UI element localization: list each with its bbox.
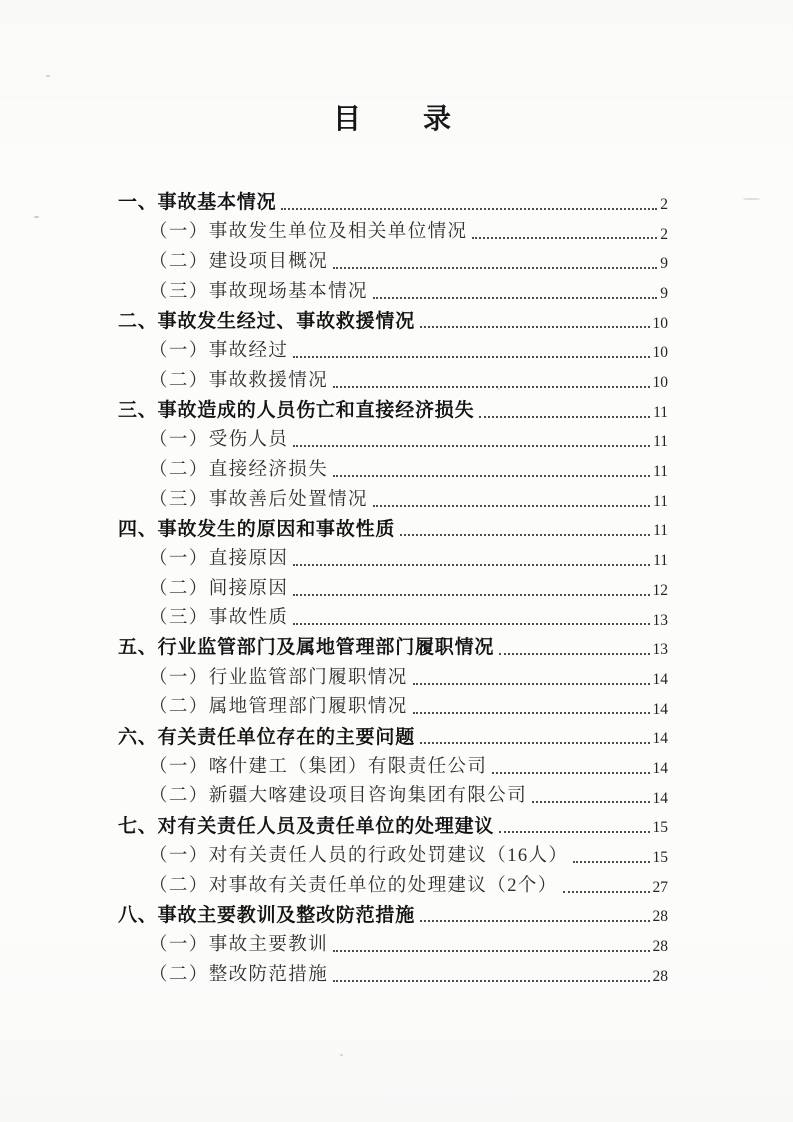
toc-entry-label: （二）新疆大喀建设项目咨询集团有限公司 [149, 787, 527, 807]
dotted-leader [293, 356, 649, 358]
toc-entry: （二）新疆大喀建设项目咨询集团有限公司 14 [118, 778, 668, 808]
scan-speck [34, 216, 39, 218]
dotted-leader [333, 980, 649, 982]
toc-entry-label: （二）直接经济损失 [149, 461, 328, 481]
toc-entry-page-number: 14 [653, 701, 669, 719]
toc-entry: （三）事故现场基本情况 9 [118, 273, 668, 303]
toc-entry-label: （二）建设项目概况 [149, 253, 328, 273]
toc-entry-label: （二）属地管理部门履职情况 [149, 698, 408, 718]
dotted-leader [373, 505, 650, 507]
toc-entry: （一）事故发生单位及相关单位情况 2 [118, 214, 668, 244]
toc-entry-page-number: 11 [653, 463, 668, 481]
toc-entry-label: （三）事故善后处置情况 [149, 491, 368, 511]
dotted-leader [293, 564, 650, 566]
dotted-leader [333, 386, 649, 388]
dotted-leader [373, 297, 657, 299]
table-of-contents: 一、事故基本情况 2 （一）事故发生单位及相关单位情况 2 （二）建设项目概况 … [118, 184, 668, 986]
scan-speck [46, 75, 50, 77]
toc-entry-page-number: 11 [653, 404, 668, 422]
page-title: 目 录 [118, 103, 668, 137]
toc-entry: （一）直接原因 11 [118, 540, 668, 570]
toc-entry-label: 一、事故基本情况 [118, 193, 276, 214]
toc-entry-page-number: 13 [653, 612, 669, 630]
toc-entry-label: 七、对有关责任人员及责任单位的处理建议 [118, 817, 494, 838]
toc-entry-page-number: 13 [653, 641, 669, 659]
toc-entry-page-number: 15 [653, 819, 669, 837]
dotted-leader [281, 208, 657, 210]
toc-entry-page-number: 14 [653, 671, 669, 689]
toc-entry-page-number: 15 [653, 849, 669, 867]
toc-entry-page-number: 10 [653, 344, 669, 362]
toc-entry-page-number: 14 [653, 790, 669, 808]
toc-entry-page-number: 11 [653, 522, 668, 540]
dotted-leader [492, 772, 649, 774]
dotted-leader [333, 267, 657, 269]
toc-entry: （二）间接原因 12 [118, 570, 668, 600]
toc-entry: （三）事故善后处置情况 11 [118, 481, 668, 511]
toc-entry-label: （二）整改防范措施 [149, 966, 328, 986]
toc-entry: 四、事故发生的原因和事故性质 11 [118, 511, 668, 541]
toc-entry: （一）喀什建工（集团）有限责任公司 14 [118, 748, 668, 778]
toc-entry-label: 四、事故发生的原因和事故性质 [118, 520, 395, 541]
toc-entry: （二）属地管理部门履职情况 14 [118, 689, 668, 719]
toc-entry-page-number: 14 [653, 730, 669, 748]
toc-entry-label: （一）受伤人员 [149, 431, 288, 451]
toc-entry: （一）事故经过 10 [118, 332, 668, 362]
toc-entry-label: （一）对有关责任人员的行政处罚建议（16人） [149, 847, 568, 867]
toc-entry: （一）行业监管部门履职情况 14 [118, 659, 668, 689]
toc-entry: （三）事故性质 13 [118, 600, 668, 630]
toc-entry-page-number: 11 [653, 433, 668, 451]
toc-entry-page-number: 10 [653, 315, 669, 333]
toc-entry-page-number: 12 [653, 582, 669, 600]
dotted-leader [293, 445, 650, 447]
toc-entry-page-number: 28 [653, 908, 669, 926]
toc-entry-page-number: 28 [653, 968, 669, 986]
scan-speck [743, 198, 760, 200]
toc-entry-label: （三）事故性质 [149, 609, 288, 629]
toc-entry: （二）直接经济损失 11 [118, 451, 668, 481]
dotted-leader [333, 950, 649, 952]
toc-entry: 二、事故发生经过、事故救援情况 10 [118, 303, 668, 333]
dotted-leader [563, 891, 650, 893]
toc-entry: 一、事故基本情况 2 [118, 184, 668, 214]
scan-speck [340, 1054, 343, 1056]
toc-entry: 七、对有关责任人员及责任单位的处理建议 15 [118, 807, 668, 837]
toc-entry-label: （一）事故主要教训 [149, 936, 328, 956]
toc-entry: （二）建设项目概况 9 [118, 243, 668, 273]
toc-entry-page-number: 2 [660, 226, 668, 244]
toc-entry-label: （一）事故发生单位及相关单位情况 [149, 223, 467, 243]
dotted-leader [293, 594, 649, 596]
toc-entry-label: （一）直接原因 [149, 550, 288, 570]
toc-entry-label: （一）行业监管部门履职情况 [149, 669, 408, 689]
dotted-leader [413, 712, 650, 714]
toc-entry-label: （一）喀什建工（集团）有限责任公司 [149, 758, 487, 778]
dotted-leader [413, 683, 650, 685]
toc-entry-page-number: 11 [653, 493, 668, 511]
toc-entry-label: 八、事故主要教训及整改防范措施 [118, 906, 415, 927]
toc-entry: （一）对有关责任人员的行政处罚建议（16人） 15 [118, 837, 668, 867]
dotted-leader [532, 801, 649, 803]
toc-entry: （一）事故主要教训 28 [118, 926, 668, 956]
dotted-leader [573, 861, 649, 863]
toc-entry-label: 六、有关责任单位存在的主要问题 [118, 728, 415, 749]
dotted-leader [333, 475, 650, 477]
toc-entry-page-number: 10 [653, 374, 669, 392]
toc-entry-page-number: 2 [660, 196, 668, 214]
toc-entry-page-number: 9 [660, 285, 668, 303]
dotted-leader [499, 831, 649, 833]
toc-entry-label: 二、事故发生经过、事故救援情况 [118, 312, 415, 333]
toc-entry: （二）对事故有关责任单位的处理建议（2个） 27 [118, 867, 668, 897]
toc-entry-label: （三）事故现场基本情况 [149, 283, 368, 303]
toc-entry-label: （二）事故救援情况 [149, 372, 328, 392]
toc-entry: 六、有关责任单位存在的主要问题 14 [118, 718, 668, 748]
dotted-leader [472, 237, 657, 239]
toc-entry-page-number: 9 [660, 255, 668, 273]
toc-entry: 五、行业监管部门及属地管理部门履职情况 13 [118, 629, 668, 659]
dotted-leader [479, 416, 650, 418]
toc-entry: 三、事故造成的人员伤亡和直接经济损失 11 [118, 392, 668, 422]
toc-entry-page-number: 14 [653, 760, 669, 778]
toc-entry: （二）事故救援情况 10 [118, 362, 668, 392]
toc-entry-page-number: 27 [653, 879, 669, 897]
toc-entry-label: （二）间接原因 [149, 580, 288, 600]
toc-entry: （一）受伤人员 11 [118, 422, 668, 452]
toc-entry-page-number: 28 [653, 938, 669, 956]
toc-entry: 八、事故主要教训及整改防范措施 28 [118, 897, 668, 927]
toc-entry-label: 三、事故造成的人员伤亡和直接经济损失 [118, 401, 474, 422]
dotted-leader [420, 742, 649, 744]
toc-entry-label: （一）事故经过 [149, 342, 288, 362]
toc-entry-label: （二）对事故有关责任单位的处理建议（2个） [149, 877, 558, 897]
dotted-leader [420, 326, 649, 328]
toc-entry-label: 五、行业监管部门及属地管理部门履职情况 [118, 638, 494, 659]
toc-entry: （二）整改防范措施 28 [118, 956, 668, 986]
dotted-leader [420, 920, 649, 922]
toc-entry-page-number: 11 [653, 552, 668, 570]
dotted-leader [499, 653, 649, 655]
dotted-leader [293, 623, 649, 625]
scanned-document-page: 目 录 一、事故基本情况 2 （一）事故发生单位及相关单位情况 2 （二）建设项… [0, 0, 793, 1122]
dotted-leader [400, 534, 650, 536]
